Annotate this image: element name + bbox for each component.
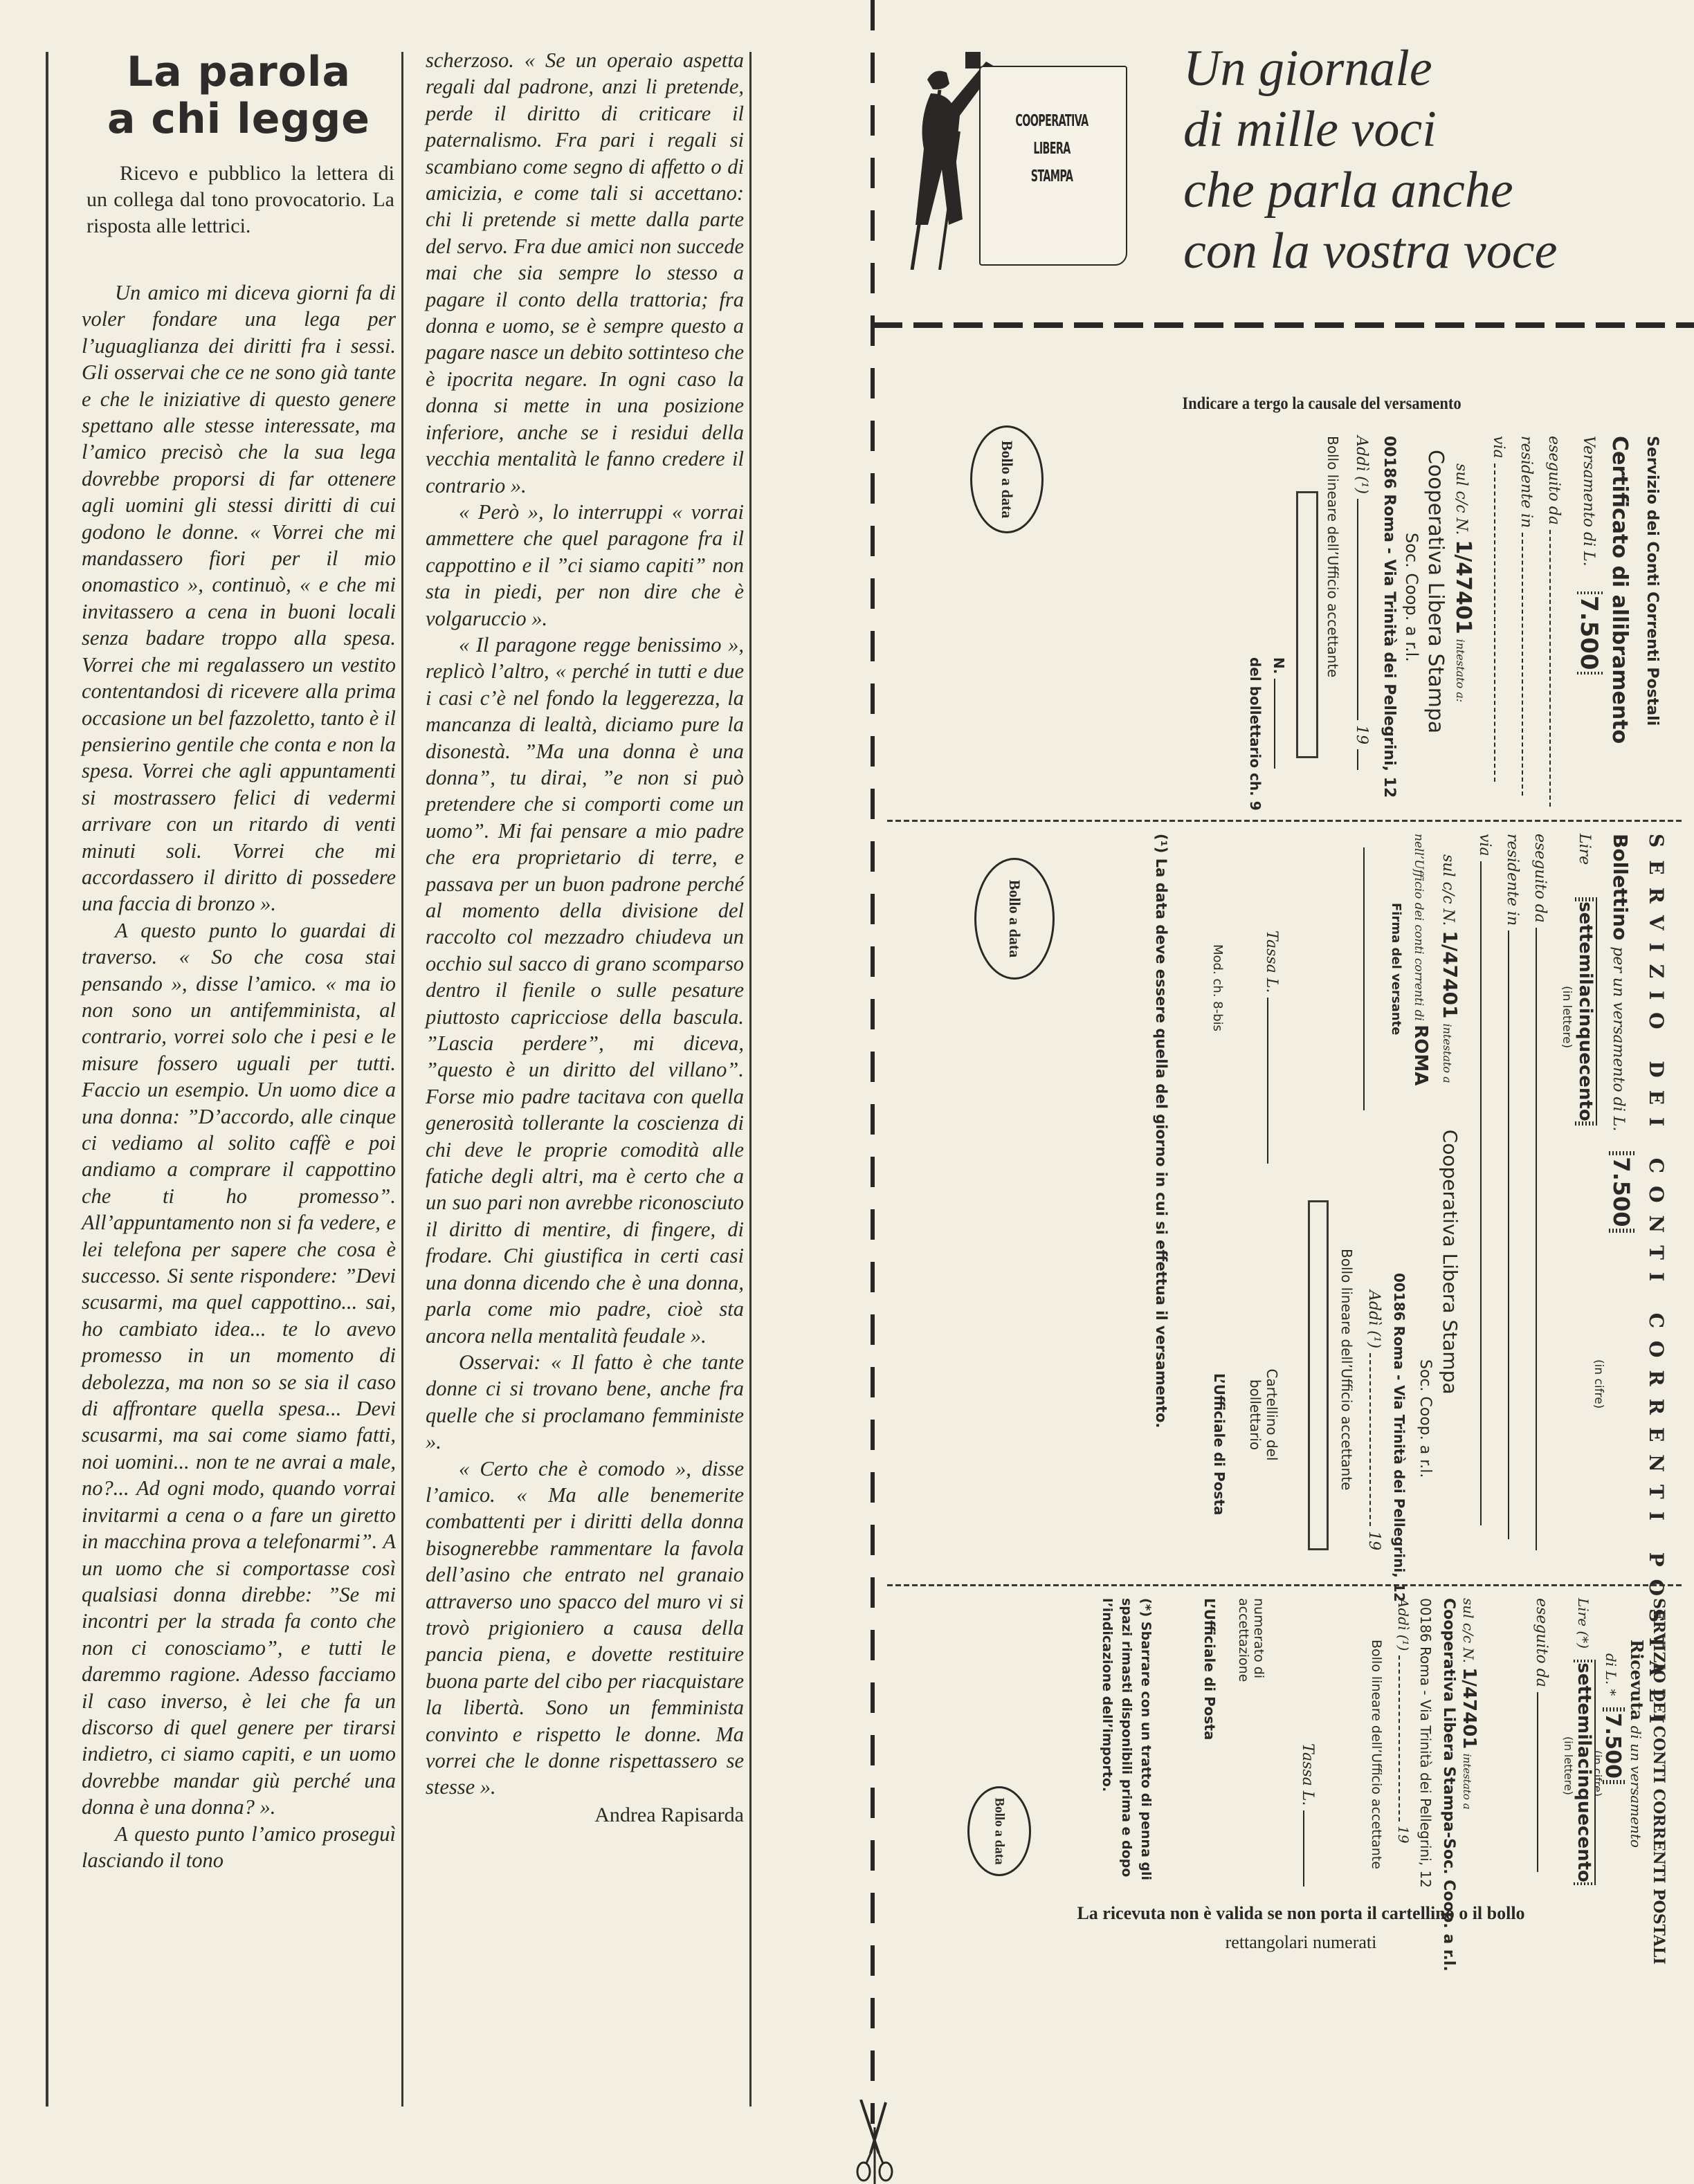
logo-text: COOPERATIVA LIBERA STAMPA — [1009, 107, 1095, 190]
form-section-divider-1 — [887, 820, 1683, 822]
via-field[interactable] — [1494, 464, 1495, 782]
bulletin-official: L’Ufficiale di Posta — [1211, 1373, 1228, 1515]
ad-tagline: Un giornale di mille voci che parla anch… — [1183, 38, 1682, 282]
article-title: La parola a chi legge — [76, 48, 401, 143]
receipt-official: L’Ufficiale di Posta — [1201, 1598, 1218, 1740]
article-column-1: Un amico mi diceva giorni fa di voler fo… — [82, 279, 396, 2106]
bulletin-tax[interactable]: Tassa L. — [1263, 930, 1280, 1164]
title-line-2: a chi legge — [107, 95, 370, 143]
bulletin-signature-label: Firma del versante — [1389, 903, 1403, 1035]
paragraph: A questo punto l’amico proseguì lasciand… — [82, 1821, 396, 1874]
paragraph: « Certo che è comodo », disse l’amico. «… — [426, 1456, 744, 1801]
bulletin-title: Bollettino per un versamento di L. 7.500 — [1608, 834, 1634, 1233]
bulletin-resident-in[interactable]: residente in — [1504, 834, 1521, 1539]
certificate-address: 00186 Roma - Via Trinità dei Pellegrini,… — [1381, 436, 1398, 798]
bulletin-stamp-line: Bollo lineare dell’Ufficio accettante — [1338, 1249, 1355, 1490]
author-signature: Andrea Rapisarda — [426, 1802, 744, 1828]
executed-by-field[interactable] — [1549, 530, 1551, 807]
certificate-stamp-line: Bollo lineare dell’Ufficio accettante — [1324, 436, 1341, 677]
bulletin-via[interactable]: via — [1476, 834, 1493, 1525]
horizontal-cut-line — [873, 322, 1694, 328]
certificate-register: del bollettario ch. 9 — [1247, 657, 1264, 811]
receipt-address: 00186 Roma - Via Trinità dei Pellegrini,… — [1417, 1598, 1434, 1888]
certificate-date[interactable]: Addì (¹) 19 — [1353, 436, 1370, 770]
paragraph: « Il paragone regge benissimo », replicò… — [426, 632, 744, 1349]
bulletin-model: Mod. ch. 8-bis — [1210, 944, 1225, 1031]
receipt-title: Ricevuta di un versamento — [1627, 1640, 1647, 1848]
form-section-divider-2 — [887, 1584, 1683, 1586]
certificate-executed-by[interactable]: eseguito da — [1545, 436, 1563, 807]
receipt-amount-words: Lire (*) settemilacinquecento — [1572, 1598, 1596, 1885]
receipt-footnote: (*) Sbarrare con un tratto di penna gli … — [1098, 1598, 1156, 1909]
paragraph: Un amico mi diceva giorni fa di voler fo… — [82, 279, 396, 917]
title-line-1: La parola — [127, 48, 351, 96]
bulletin-office: nell’Ufficio dei conti correnti di ROMA — [1410, 834, 1431, 1085]
receipt-in-letters: (in lettere) — [1562, 1736, 1575, 1795]
paragraph: « Però », lo interruppi « vorrai ammette… — [426, 499, 744, 632]
certificate-amount-label: Versamento di L. — [1580, 436, 1597, 567]
bulletin-in-letters: (in lettere) — [1560, 986, 1574, 1048]
vertical-cut-line — [871, 0, 875, 2124]
certificate-header: Servizio dei Conti Correnti Postali — [1643, 436, 1661, 726]
receipt-stamp-line: Bollo lineare dell’Ufficio accettante — [1369, 1640, 1384, 1869]
resident-field[interactable] — [1522, 533, 1523, 796]
bulletin-footnote: (¹) La data deve essere quella del giorn… — [1153, 834, 1169, 1428]
bulletin-executed-by[interactable]: eseguito da — [1531, 834, 1549, 1550]
certificate-via[interactable]: via — [1490, 436, 1507, 782]
cooperativa-logo: COOPERATIVA LIBERA STAMPA — [900, 31, 1156, 270]
bulletin-date[interactable]: Addì (¹) 19 — [1365, 1290, 1383, 1550]
paragraph: Osservai: « Il fatto è che tante donne c… — [426, 1349, 744, 1456]
receipt-numbered-label: numerato di accettazione — [1236, 1598, 1266, 1716]
bulletin-in-figures: (in cifre) — [1592, 1359, 1605, 1408]
certificate-company: Soc. Coop. a r.l. — [1402, 533, 1421, 662]
receipt-date-stamp: Bollo a data — [967, 1786, 1031, 1876]
bulletin-amount-words: Lire settemilacinquecento — [1574, 834, 1597, 1126]
column-divider — [401, 52, 403, 2107]
receipt-validity-note: La ricevuta non è valida se non porta il… — [955, 1899, 1647, 1957]
bulletin-company: Soc. Coop. a r.l. — [1417, 1359, 1434, 1478]
certificate-account: sul c/c N. 1/47401 intestato a: — [1451, 464, 1475, 702]
receipt-tax[interactable]: Tassa L. — [1299, 1743, 1316, 1887]
bulletin-account: sul c/c N. 1/47401 intestato a Cooperati… — [1439, 854, 1461, 1395]
certificate-resident-in[interactable]: residente in — [1518, 436, 1535, 796]
receipt-amount: di L. * 7.500 — [1601, 1653, 1625, 1784]
column-left-border — [46, 52, 48, 2107]
certificate-title: Certificato di allibramento — [1608, 436, 1632, 744]
certificate-number: N. — [1270, 657, 1287, 769]
paragraph: scherzoso. « Se un operaio aspetta regal… — [426, 47, 744, 499]
form-top-note: Indicare a tergo la causale del versamen… — [1079, 394, 1565, 414]
bulletin-card-label: Cartellino del bollettario — [1247, 1366, 1280, 1463]
certificate-amount: 7.500 — [1575, 591, 1603, 675]
bulletin-date-stamp: Bollo a data — [974, 858, 1055, 980]
receipt-date[interactable]: Addì (¹) 19 — [1395, 1598, 1412, 1844]
scissors-icon — [855, 2100, 894, 2184]
receipt-header: SERVIZIO DEI CONTI CORRENTI POSTALI — [1650, 1598, 1668, 1965]
bulletin-address: 00186 Roma - Via Trinità dei Pellegrini,… — [1391, 1273, 1408, 1602]
column-right-border — [749, 52, 752, 2107]
certificate-payee: Cooperativa Libera Stampa — [1423, 450, 1448, 733]
receipt-executed-by[interactable]: eseguito da — [1533, 1598, 1550, 1872]
article-intro: Ricevo e pubblico la lettera di un colle… — [86, 160, 394, 239]
signature-field[interactable] — [1360, 847, 1374, 1110]
stamp-box — [1308, 1200, 1329, 1550]
paragraph: A questo punto lo guardai di traverso. «… — [82, 917, 396, 1821]
receipt-account: sul c/c N. 1/47401 intestato a — [1459, 1598, 1479, 1810]
stamp-box — [1296, 491, 1318, 758]
certificate-date-stamp: Bollo a data — [970, 425, 1044, 533]
article-column-2: scherzoso. « Se un operaio aspetta regal… — [426, 47, 744, 2109]
